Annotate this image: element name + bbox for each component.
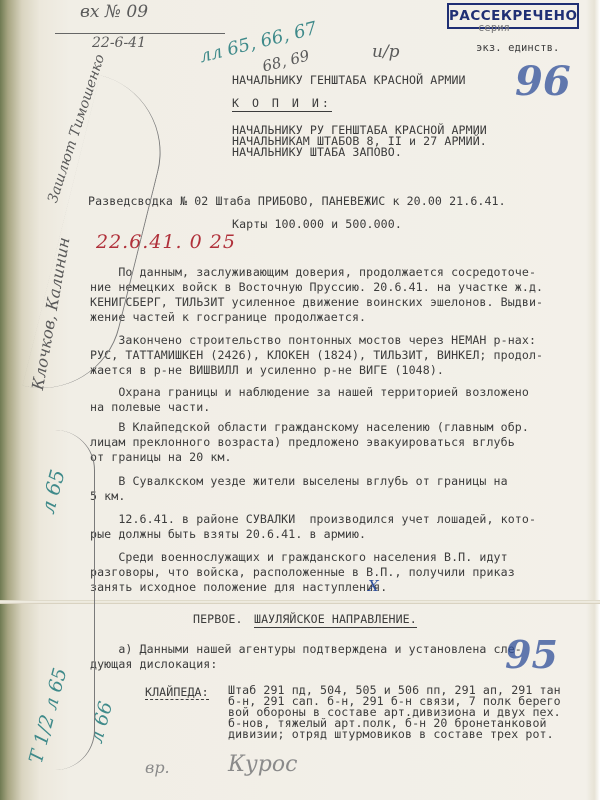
paragraph-7-line-2: разговоры, что войска, расположенные в В… bbox=[90, 565, 515, 579]
paragraph-2-line-1: Закончено строительство понтонных мостов… bbox=[90, 333, 536, 347]
incoming-date-handwritten: 22-6-41 bbox=[92, 35, 146, 51]
signature: Курос bbox=[228, 752, 297, 777]
location-label: КЛАЙПЕДА: bbox=[145, 685, 209, 700]
copy-recipient-3: НАЧАЛЬНИКУ ШТАБА ЗАПОВО. bbox=[232, 147, 402, 158]
incoming-number-handwritten: вх № 09 bbox=[80, 2, 148, 22]
paragraph-2-line-2: РУС, ТАТТАМИШКЕН (2426), КЛОКЕН (1824), … bbox=[90, 348, 543, 362]
paragraph-4-line-1: В Клайпедской области гражданскому насел… bbox=[90, 420, 529, 434]
subsection-line-1: а) Данными нашей агентуры подтверждена и… bbox=[90, 642, 522, 656]
paragraph-3-line-2: на полевые части. bbox=[90, 400, 210, 414]
subsection-line-2: дующая дислокация: bbox=[90, 657, 217, 671]
paragraph-1-line-1: По данным, заслуживающим доверия, продол… bbox=[90, 265, 536, 279]
x-mark: X bbox=[368, 577, 379, 595]
paragraph-1-line-3: КЕНИГСБЕРГ, ТИЛЬЗИТ усиленное движение в… bbox=[90, 295, 543, 309]
copies-heading: К О П И И: bbox=[232, 96, 332, 112]
paragraph-5-line-2: 5 км. bbox=[90, 489, 125, 503]
signature-prefix: вр. bbox=[145, 758, 170, 777]
paragraph-1-line-2: ние немецких войск в Восточную Пруссию. … bbox=[90, 280, 543, 294]
page-edge bbox=[586, 0, 600, 800]
location-line-5: дивизии; отряд штурмовиков в составе тре… bbox=[228, 729, 554, 740]
addressee-line: НАЧАЛЬНИКУ ГЕНШТАБА КРАСНОЙ АРМИИ bbox=[232, 73, 466, 87]
paragraph-5-line-1: В Сувалкском уезде жители выселены вглуб… bbox=[90, 474, 508, 488]
archival-document-page: вх № 09 22-6-41 лл 65, 66, 67 68, 69 и/р… bbox=[0, 0, 600, 800]
initials-handwritten: и/р bbox=[372, 42, 400, 62]
paragraph-2-line-3: жается в р-не ВИШВИЛЛ и усиленно р-не ВИ… bbox=[90, 363, 444, 377]
paragraph-6-line-1: 12.6.41. в районе СУВАЛКИ производился у… bbox=[90, 512, 536, 526]
maps-line: Карты 100.000 и 500.000. bbox=[232, 217, 402, 231]
series-label: серия bbox=[478, 22, 510, 34]
paragraph-1-line-4: жение частей к госгранице продолжается. bbox=[90, 310, 366, 324]
paragraph-6-line-2: рые должны быть взяты 20.6.41. в армию. bbox=[90, 527, 366, 541]
sheet-number-blue-bottom: 95 bbox=[505, 632, 558, 677]
margin-bracket-lower bbox=[30, 430, 95, 770]
paragraph-4-line-3: от границы на 20 км. bbox=[90, 450, 232, 464]
paragraph-7-line-1: Среди военнослужащих и гражданского насе… bbox=[90, 550, 508, 564]
declassified-stamp: РАССЕКРЕЧЕНО bbox=[447, 3, 579, 29]
section-number: ПЕРВОЕ. bbox=[193, 612, 243, 626]
paragraph-3-line-1: Охрана границы и наблюдение за нашей тер… bbox=[90, 385, 529, 399]
section-title: ШАУЛЯЙСКОЕ НАПРАВЛЕНИЕ. bbox=[254, 612, 417, 628]
registration-divider bbox=[55, 33, 225, 34]
paragraph-4-line-2: лицам преклонного возраста) предложено э… bbox=[90, 435, 515, 449]
sheet-numbers-pencil: 68, 69 bbox=[261, 46, 312, 75]
sheet-number-blue-top: 96 bbox=[515, 58, 571, 105]
copy-label: экз. единств. bbox=[476, 42, 559, 54]
paragraph-7-line-3: занять исходное положение для наступлени… bbox=[90, 580, 387, 594]
